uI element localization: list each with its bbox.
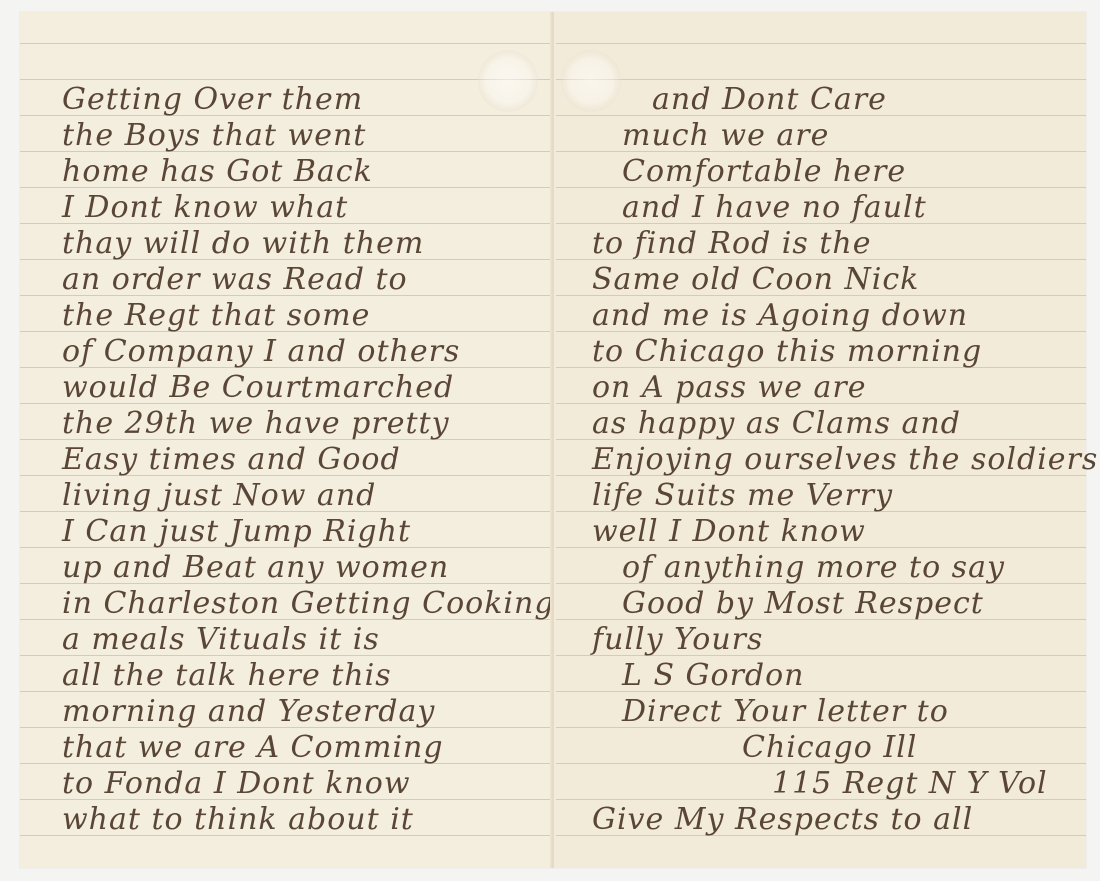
text-line: to Fonda I Dont know — [62, 766, 555, 802]
text-line: I Can just Jump Right — [62, 514, 555, 550]
text-line: what to think about it — [62, 802, 555, 838]
address-line: Chicago Ill — [592, 730, 1098, 766]
text-line: up and Beat any women — [62, 550, 555, 586]
text-line: Direct Your letter to — [592, 694, 1098, 730]
text-line: living just Now and — [62, 478, 555, 514]
text-line: the Boys that went — [62, 118, 555, 154]
handwritten-lines-right: and Dont Care much we are Comfortable he… — [592, 82, 1098, 838]
text-line: and I have no fault — [592, 190, 1098, 226]
letter-page-right: and Dont Care much we are Comfortable he… — [556, 12, 1086, 868]
letter-sheet: Getting Over them the Boys that went hom… — [20, 12, 1086, 868]
letter-page-left: Getting Over them the Boys that went hom… — [20, 12, 552, 868]
text-line: Good by Most Respect — [592, 586, 1098, 622]
text-line: of anything more to say — [592, 550, 1098, 586]
text-line: an order was Read to — [62, 262, 555, 298]
handwritten-lines-left: Getting Over them the Boys that went hom… — [62, 82, 555, 838]
text-line: thay will do with them — [62, 226, 555, 262]
signature: L S Gordon — [592, 658, 1098, 694]
text-line: fully Yours — [592, 622, 1098, 658]
text-line: Getting Over them — [62, 82, 555, 118]
text-line: and me is Agoing down — [592, 298, 1098, 334]
text-line: much we are — [592, 118, 1098, 154]
text-line: Comfortable here — [592, 154, 1098, 190]
text-line: in Charleston Getting Cooking — [62, 586, 555, 622]
text-line: I Dont know what — [62, 190, 555, 226]
text-line: of Company I and others — [62, 334, 555, 370]
text-line: to find Rod is the — [592, 226, 1098, 262]
text-line: Easy times and Good — [62, 442, 555, 478]
text-line: Enjoying ourselves the soldiers — [592, 442, 1098, 478]
text-line: well I Dont know — [592, 514, 1098, 550]
text-line: would Be Courtmarched — [62, 370, 555, 406]
text-line: home has Got Back — [62, 154, 555, 190]
text-line: as happy as Clams and — [592, 406, 1098, 442]
text-line: the Regt that some — [62, 298, 555, 334]
text-line: to Chicago this morning — [592, 334, 1098, 370]
text-line: on A pass we are — [592, 370, 1098, 406]
text-line: all the talk here this — [62, 658, 555, 694]
text-line: morning and Yesterday — [62, 694, 555, 730]
text-line: the 29th we have pretty — [62, 406, 555, 442]
text-line: Same old Coon Nick — [592, 262, 1098, 298]
address-line: 115 Regt N Y Vol — [592, 766, 1098, 802]
text-line: and Dont Care — [592, 82, 1098, 118]
text-line: Give My Respects to all — [592, 802, 1098, 838]
text-line: life Suits me Verry — [592, 478, 1098, 514]
text-line: a meals Vituals it is — [62, 622, 555, 658]
text-line: that we are A Comming — [62, 730, 555, 766]
